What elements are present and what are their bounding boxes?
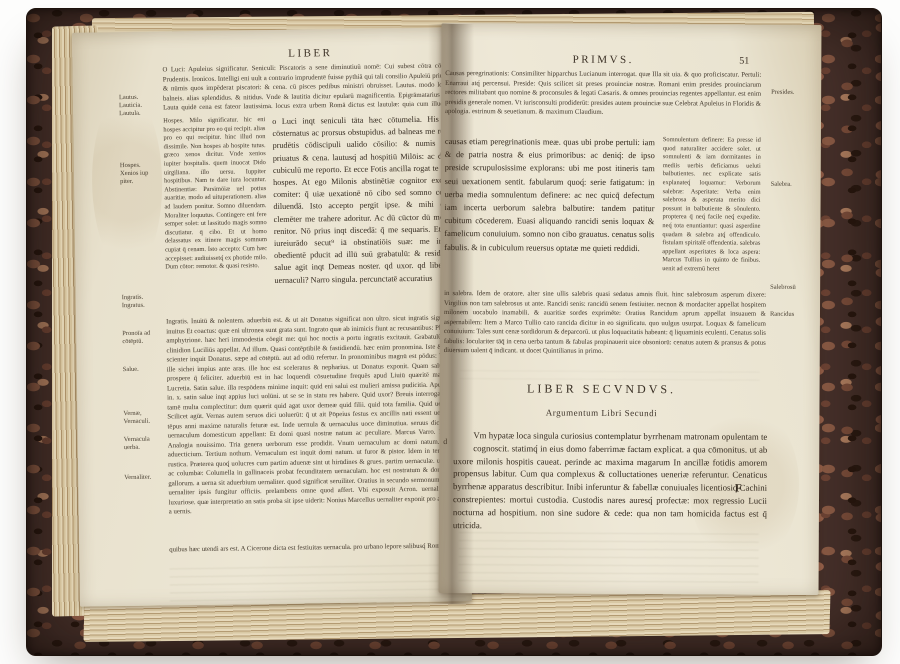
margin-note-vernaliter: Vernaliter. [124, 473, 166, 482]
margin-note-ingratis: Ingratis. Ingratus. [122, 294, 164, 311]
margin-note-salue: Salue. [123, 366, 165, 375]
ink-showthrough [459, 531, 759, 583]
left-commentary-bottom: Ingratis. Inuitū & nolentem. aduerbiū es… [166, 313, 465, 543]
left-commentary-last-line: quibus hæc utendi ars est. A Cicerone di… [169, 541, 465, 565]
ink-showthrough [169, 563, 465, 601]
right-two-column-zone: causas etiam peregrinationis meæ. quas u… [444, 135, 767, 289]
initial-guide-letter: d [443, 437, 447, 446]
argumentum-text: Vm hypatæ loca singula curiosius contemp… [453, 429, 768, 531]
left-commentary-top: O Luci: Apuleius significatur. Seniculi:… [162, 61, 459, 113]
left-two-column-zone: Hospes. Milo significatur. hic eni hospe… [163, 113, 462, 313]
margin-note-vernacula: Vernacula uerba. [124, 435, 166, 452]
book-two-heading: LIBER SECVNDVS. [444, 381, 760, 398]
left-main-text-column: o Luci inqt seniculi tāta hæc cōtumelia.… [272, 113, 462, 312]
margin-note-pronomina: Pronoīa ad cōtēptū. [122, 330, 164, 347]
right-page: PRIMVS. 51 Causas peregrinationis: Consi… [439, 23, 822, 595]
argumentum-heading: Argumentum Libri Secundi [443, 407, 759, 419]
book-photo: LIBER O Luci: Apuleius significatur. Sen… [0, 0, 900, 664]
argumentum-text-body: Vm hypatæ loca singula curiosius contemp… [453, 430, 768, 530]
page-edges-right [812, 21, 868, 611]
left-commentary-side-column: Hospes. Milo significatur. hic eni hospe… [163, 116, 268, 313]
left-page: LIBER O Luci: Apuleius significatur. Sen… [72, 27, 472, 606]
running-header-left: LIBER [162, 45, 458, 61]
margin-note-rancidus: Rancidus [770, 311, 818, 319]
running-header-right: PRIMVS. [445, 53, 761, 67]
margin-note-salebrosu: Salebrosū [770, 284, 818, 292]
margin-note-vernae: Vernæ, Vernaculi. [123, 409, 165, 426]
margin-note-hospes: Hospes. Xenios iup piter. [120, 162, 162, 187]
initial-space [453, 429, 473, 453]
margin-note-lautus: Lautus. Lauticia. Lautula. [119, 94, 161, 119]
right-main-text-column: causas etiam peregrinationis meæ. quas u… [444, 135, 655, 288]
right-commentary-full: in salebra. Idem de oratore. alter sine … [444, 289, 766, 369]
quire-signature: F [735, 483, 742, 495]
folio-number: 51 [739, 56, 749, 67]
right-commentary-top: Causas peregrinationis: Consimiliter hip… [445, 69, 761, 133]
right-commentary-side-column: Somnulentum definere: Ea presse id quod … [662, 136, 761, 289]
